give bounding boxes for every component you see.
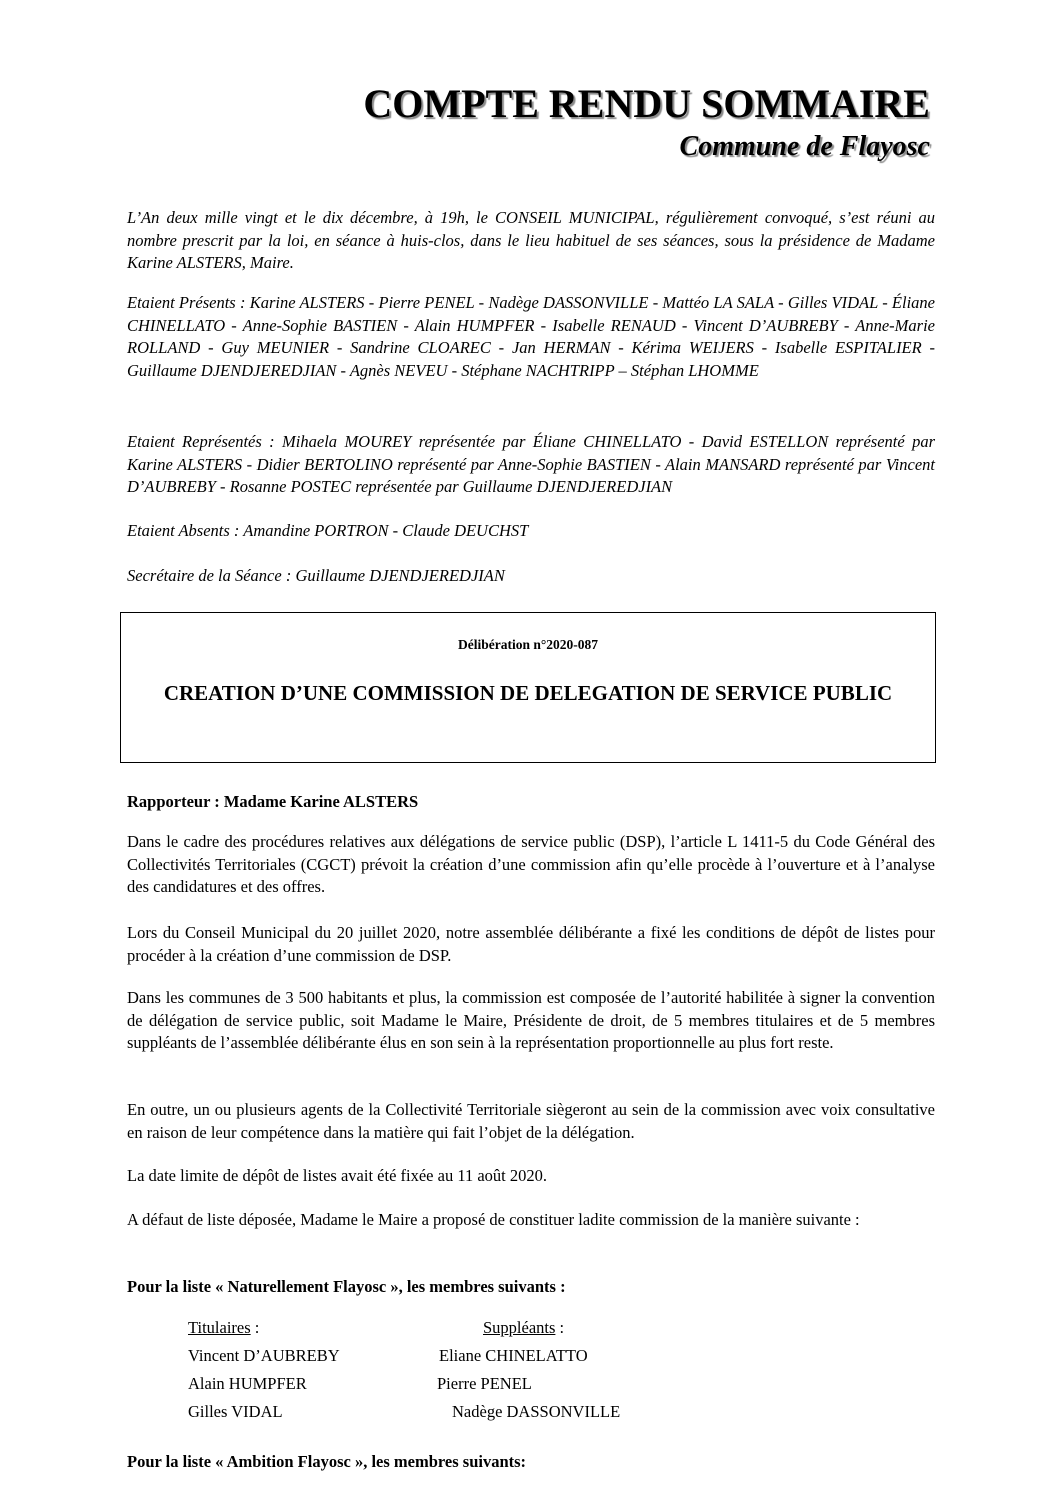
titulaire: Gilles VIDAL xyxy=(188,1402,283,1422)
suppleants-header: Suppléants : xyxy=(483,1318,564,1338)
titulaires-header: Titulaires : xyxy=(188,1318,259,1338)
label-suffix: : xyxy=(251,1318,260,1337)
list-heading-ambition-flayosc: Pour la liste « Ambition Flayosc », les … xyxy=(127,1451,935,1474)
document-title: COMPTE RENDU SOMMAIRE xyxy=(363,80,930,127)
paragraph: Dans le cadre des procédures relatives a… xyxy=(127,831,935,899)
session-secretary: Secrétaire de la Séance : Guillaume DJEN… xyxy=(127,565,935,588)
list-heading-naturellement-flayosc: Pour la liste « Naturellement Flayosc »,… xyxy=(127,1276,935,1299)
deliberation-number: Délibération n°2020-087 xyxy=(121,637,935,653)
member-row: Vincent D’AUBREBY Eliane CHINELATTO xyxy=(188,1346,688,1374)
attendees-absent: Etaient Absents : Amandine PORTRON - Cla… xyxy=(127,520,935,543)
deliberation-title: CREATION D’UNE COMMISSION DE DELEGATION … xyxy=(121,679,935,707)
titulaires-label: Titulaires xyxy=(188,1318,251,1337)
suppleant: Pierre PENEL xyxy=(437,1374,532,1394)
titulaire: Alain HUMPFER xyxy=(188,1374,307,1394)
member-row: Alain HUMPFER Pierre PENEL xyxy=(188,1374,688,1402)
members-table: Titulaires : Suppléants : Vincent D’AUBR… xyxy=(188,1318,688,1430)
document-page: COMPTE RENDU SOMMAIRE Commune de Flayosc… xyxy=(0,0,1058,1497)
suppleants-label: Suppléants xyxy=(483,1318,555,1337)
suppleant: Eliane CHINELATTO xyxy=(439,1346,588,1366)
suppleant: Nadège DASSONVILLE xyxy=(452,1402,620,1422)
member-row: Gilles VIDAL Nadège DASSONVILLE xyxy=(188,1402,688,1430)
attendees-present: Etaient Présents : Karine ALSTERS - Pier… xyxy=(127,292,935,382)
paragraph: Dans les communes de 3 500 habitants et … xyxy=(127,987,935,1055)
document-subtitle: Commune de Flayosc xyxy=(680,131,930,163)
preamble-intro: L’An deux mille vingt et le dix décembre… xyxy=(127,207,935,275)
paragraph: La date limite de dépôt de listes avait … xyxy=(127,1165,935,1188)
paragraph: Lors du Conseil Municipal du 20 juillet … xyxy=(127,922,935,967)
members-header-row: Titulaires : Suppléants : xyxy=(188,1318,688,1346)
deliberation-box: Délibération n°2020-087 CREATION D’UNE C… xyxy=(120,612,936,763)
titulaire: Vincent D’AUBREBY xyxy=(188,1346,340,1366)
attendees-represented: Etaient Représentés : Mihaela MOUREY rep… xyxy=(127,431,935,499)
rapporteur: Rapporteur : Madame Karine ALSTERS xyxy=(127,791,935,814)
paragraph: En outre, un ou plusieurs agents de la C… xyxy=(127,1099,935,1144)
label-suffix: : xyxy=(555,1318,564,1337)
paragraph: A défaut de liste déposée, Madame le Mai… xyxy=(127,1209,935,1232)
